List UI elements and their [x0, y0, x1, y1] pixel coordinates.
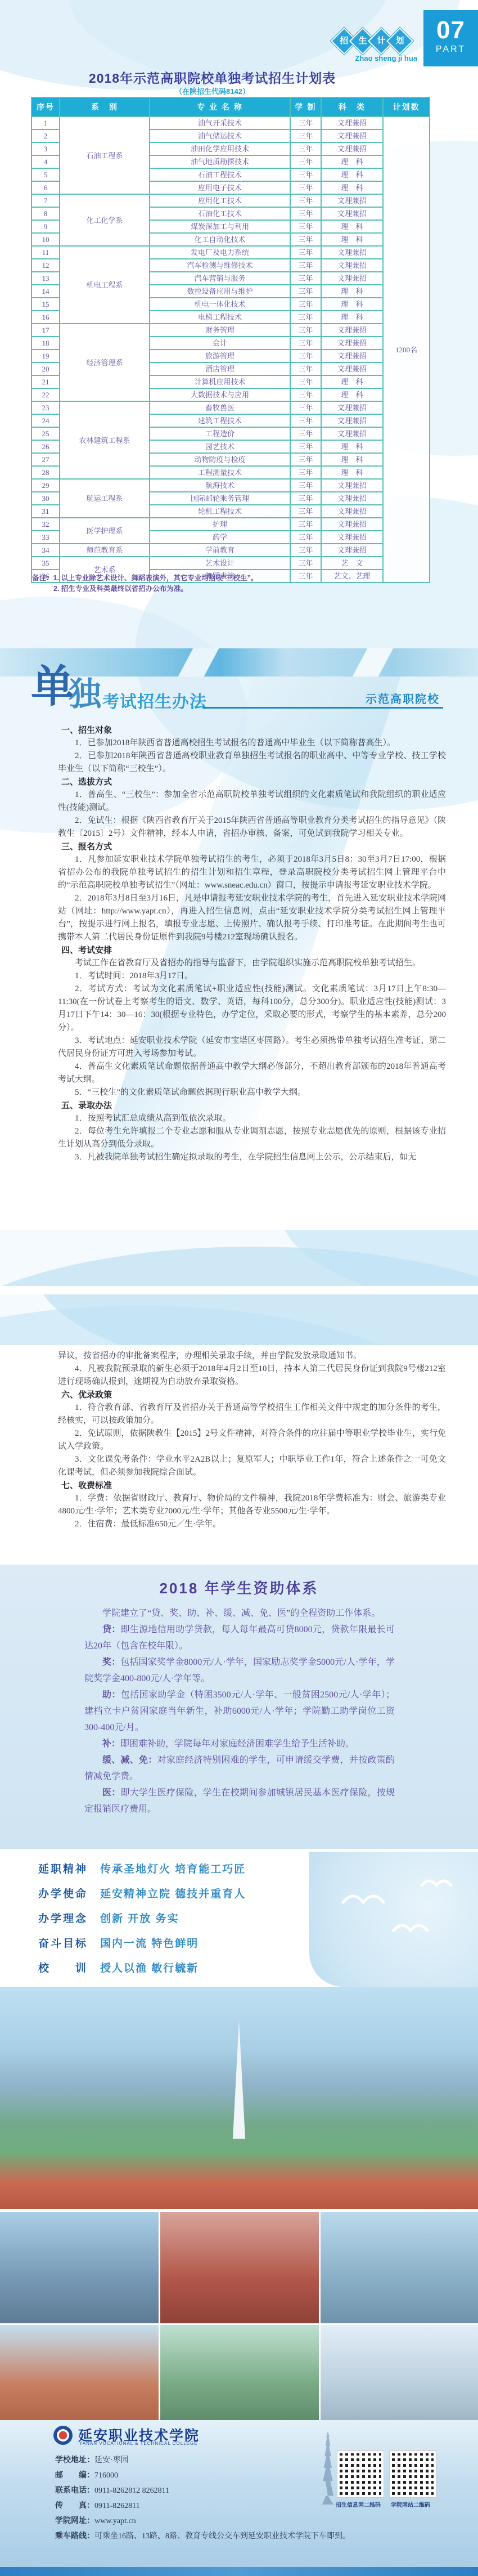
table-cell: 油气地质勘探技术 — [150, 155, 290, 168]
bottom-blue-strip — [0, 2567, 478, 2576]
table-cell: 文理兼招 — [321, 531, 383, 544]
table-cell: 8 — [31, 207, 60, 220]
qr-label: 招生信息网二维码 — [335, 2500, 381, 2508]
table-header-row: 序号系 别专 业 名 称学 制科 类计划数 — [31, 97, 430, 117]
table-cell: 19 — [31, 350, 60, 362]
table-cell: 15 — [31, 298, 60, 311]
table-cell: 文理兼招 — [321, 272, 383, 285]
dove-icon — [394, 1925, 427, 1930]
brochure-page: 07 PART 招生计划 Zhao sheng ji hua 2018年示范高职… — [0, 0, 478, 2576]
plan-table-body: 1石油工程系油气开采技术三年文理兼招1200名2油气储运技术三年文理兼招3油田化… — [31, 117, 430, 583]
table-cell: 三年 — [290, 479, 321, 492]
table-cell: 油气储运技术 — [150, 129, 290, 142]
motto-label: 办学理念 — [38, 1907, 100, 1932]
table-cell: 4 — [31, 155, 60, 168]
campus-photo — [160, 2212, 319, 2323]
table-cell: 文理兼招 — [321, 246, 383, 259]
table-cell: 三年 — [290, 259, 321, 272]
table-cell: 18 — [31, 337, 60, 350]
table-cell: 三年 — [290, 272, 321, 285]
table-cell: 理 科 — [321, 181, 383, 194]
table-cell: 石油工程技术 — [150, 168, 290, 181]
table-cell: 三年 — [290, 155, 321, 168]
aid-paragraph: 医：即大学生医疗保险，学生在校期间参加城镇居民基本医疗保险，按规定报销医疗费用。 — [84, 1785, 395, 1817]
table-cell: 三年 — [290, 401, 321, 414]
table-cell: 7 — [31, 194, 60, 207]
table-cell: 三年 — [290, 311, 321, 324]
table-cell: 25 — [31, 427, 60, 440]
campus-photo — [0, 2212, 159, 2323]
aid-paragraph: 贷：即生源地信用助学贷款，每人每年最高可贷8000元，贷款年限最长可达20年（包… — [84, 1621, 395, 1654]
motto-label: 奋斗目标 — [38, 1932, 100, 1956]
paragraph: 3．考试地点：延安职业技术学院（延安市宝塔区枣园路）。考生必须携带单独考试招生准… — [58, 1034, 446, 1060]
campus-tower-sculpture — [233, 2021, 245, 2139]
paragraph: 3．凡被我院单独考试招生确定拟录取的考生，在学院招生信息网上公示，公示结束后，如… — [58, 1151, 446, 1164]
page-break-wave — [0, 1230, 478, 1286]
aid-paragraph: 补：即困难补助，学院每年对家庭经济困难学生给予生活补助。 — [84, 1736, 395, 1752]
aid-paragraph: 奖：包括国家奖学金8000元/人·学年，国家励志奖学金5000元/人·学年，学院… — [84, 1654, 395, 1687]
table-cell: 三年 — [290, 350, 321, 362]
paragraph: 2．住宿费：最低标准650元／生·学年。 — [58, 1518, 446, 1531]
table-cell: 17 — [31, 324, 60, 337]
table-cell: 24 — [31, 414, 60, 427]
table-cell: 汽车营销与服务 — [150, 272, 290, 285]
table-cell: 应用电子技术 — [150, 181, 290, 194]
table-cell: 三年 — [290, 518, 321, 531]
note-line: 备注：1. 以上专业除艺术设计、舞蹈表演外，其它专业均招收“三校生”。 — [32, 573, 258, 584]
page-break-wave — [0, 1294, 478, 1345]
college-emblem-icon — [53, 2426, 73, 2445]
table-cell: 三年 — [290, 194, 321, 207]
part-number-box: 07 PART — [423, 10, 478, 66]
motto-row: 奋斗目标国内一流 特色鲜明 — [38, 1932, 319, 1956]
student-aid-panel: 2018 年学生资助体系 学院建立了“贷、奖、助、补、缓、减、免、医”的全程资助… — [0, 1565, 478, 1849]
table-cell: 34 — [31, 544, 60, 557]
table-cell: 发电厂及电力系统 — [150, 246, 290, 259]
motto-row: 延职精神传承圣地灯火 培育能工巧匠 — [38, 1857, 319, 1882]
table-cell: 31 — [31, 505, 60, 518]
table-cell: 三年 — [290, 544, 321, 557]
table-cell: 9 — [31, 220, 60, 233]
section-title: 四、考试安排 — [58, 944, 446, 957]
table-cell: 三年 — [290, 453, 321, 466]
motto-label: 延职精神 — [38, 1857, 100, 1882]
table-cell: 3 — [31, 142, 60, 155]
campus-aerial-photo — [0, 1987, 478, 2209]
table-cell: 文理兼招 — [321, 350, 383, 362]
table-cell: 理 科 — [321, 298, 383, 311]
table-cell: 三年 — [290, 466, 321, 479]
methods-body-part2: 异议，按省招办的审批备案程序，办理相关录取手续，并由学院发放录取通知书。 4．凡… — [58, 1350, 446, 1531]
table-cell: 三年 — [290, 557, 321, 570]
table-cell: 机电一体化技术 — [150, 298, 290, 311]
table-cell: 三年 — [290, 531, 321, 544]
table-cell: 理 科 — [321, 311, 383, 324]
table-cell: 27 — [31, 453, 60, 466]
table-cell: 建筑工程技术 — [150, 414, 290, 427]
table-cell: 三年 — [290, 324, 321, 337]
table-cell: 计算机应用技术 — [150, 375, 290, 388]
banner-pinyin: Zhao sheng ji hua — [355, 54, 417, 62]
table-cell: 理 科 — [321, 168, 383, 181]
methods-heading-char2: 独 — [69, 678, 101, 711]
table-cell: 艺术设计 — [150, 557, 290, 570]
table-cell: 工程造价 — [150, 427, 290, 440]
table-cell: 汽车检测与维修技术 — [150, 259, 290, 272]
table-cell: 学前教育 — [150, 544, 290, 557]
table-cell: 煤炭深加工与利用 — [150, 220, 290, 233]
methods-heading-right: 示范高职院校 — [366, 690, 440, 706]
table-cell: 文理兼招 — [321, 544, 383, 557]
contact-line: 邮 编：716000 — [55, 2468, 350, 2483]
table-cell: 理 科 — [321, 440, 383, 453]
paragraph: 1．普高生、“三校生”：参加全省示范高职院校单独考试组织的文化素质笔试和我院组织… — [58, 789, 446, 814]
table-cell: 三年 — [290, 440, 321, 453]
part-label: PART — [423, 45, 478, 54]
table-cell: 文理兼招 — [321, 337, 383, 350]
table-cell: 6 — [31, 181, 60, 194]
table-cell: 酒店管理 — [150, 362, 290, 375]
motto-label: 校 训 — [38, 1956, 100, 1981]
table-cell: 艺文、艺理 — [321, 570, 383, 583]
table-cell: 文理兼招 — [321, 518, 383, 531]
table-row: 35艺术系艺术设计三年艺 文 — [31, 557, 430, 570]
table-cell: 三年 — [290, 246, 321, 259]
column-header: 序号 — [31, 97, 60, 117]
table-cell: 33 — [31, 531, 60, 544]
table-cell: 5 — [31, 168, 60, 181]
table-cell: 文理兼招 — [321, 362, 383, 375]
table-cell: 轮机工程技术 — [150, 505, 290, 518]
table-cell: 三年 — [290, 181, 321, 194]
plan-table-subtitle: （在陕招生代码8142） — [0, 86, 425, 96]
table-cell: 文理兼招 — [321, 207, 383, 220]
paragraph: 4．凡被我院预录取的新生必须于2018年4月2日至10日，持本人第二代居民身份证… — [58, 1363, 446, 1388]
table-cell: 财务管理 — [150, 324, 290, 337]
table-row: 23农林建筑工程系畜牧兽医三年文理兼招 — [31, 401, 430, 414]
table-cell: 理 科 — [321, 466, 383, 479]
department-cell: 化工化学系 — [60, 194, 150, 246]
table-cell: 理 科 — [321, 388, 383, 401]
motto-value: 国内一流 特色鲜明 — [100, 1938, 199, 1950]
contact-line: 乘车路线：可乘坐16路、13路、8路、教育专线公交车到延安职业技术学院下车即到。 — [55, 2529, 350, 2544]
paragraph: 1．已参加2018年陕西省普通高校招生考试报名的普通高中毕业生（以下简称普高生）… — [58, 737, 446, 750]
footer: 延安职业技术学院 YANAN VOCATIONAL & TECHNICAL CO… — [0, 2420, 478, 2568]
motto-value: 延安精神立院 德技并重育人 — [100, 1888, 246, 1900]
table-cell: 文理兼招 — [321, 414, 383, 427]
campus-photo — [321, 2212, 478, 2323]
paragraph: 2．免试生：根据《陕西省教育厅关于2015年陕西省普通高等职业教育分类考试招生的… — [58, 814, 446, 840]
department-cell: 航运工程系 — [60, 479, 150, 518]
table-cell: 三年 — [290, 388, 321, 401]
paragraph: 2．每位考生允许填报二个专业志愿和服从专业调剂志愿，按照专业志愿优先的原则，根据… — [58, 1125, 446, 1151]
section-title: 七、收费标准 — [58, 1479, 446, 1492]
table-row: 32医学护理系护理三年文理兼招 — [31, 518, 430, 531]
table-row: 7化工化学系应用化工技术三年文理兼招 — [31, 194, 430, 207]
paragraph: 2．已参加2018年陕西省普通高校职业教育单独招生考试报名的职业高中、中等专业学… — [58, 750, 446, 776]
paragraph: 1．考试时间：2018年3月17日。 — [58, 970, 446, 983]
table-cell: 园艺技术 — [150, 440, 290, 453]
table-cell: 艺 文 — [321, 557, 383, 570]
table-cell: 三年 — [290, 168, 321, 181]
table-row: 34师范教育系学前教育三年文理兼招 — [31, 544, 430, 557]
motto-box: 延职精神传承圣地灯火 培育能工巧匠办学使命延安精神立院 德技并重育人办学理念创新… — [38, 1857, 319, 1981]
table-cell: 文理兼招 — [321, 479, 383, 492]
enrollment-plan-table: 序号系 别专 业 名 称学 制科 类计划数 1石油工程系油气开采技术三年文理兼招… — [31, 97, 430, 583]
table-cell: 26 — [31, 440, 60, 453]
methods-part2-sections: 4．凡被我院预录取的新生必须于2018年4月2日至10日，持本人第二代居民身份证… — [58, 1363, 446, 1531]
table-cell: 三年 — [290, 142, 321, 155]
part-number: 07 — [423, 16, 478, 45]
paragraph: 1．学费：依据省财政厅、教育厅、物价局的文件精神，我院2018年学费标准为：财会… — [58, 1492, 446, 1518]
column-header: 科 类 — [321, 97, 383, 117]
table-cell: 13 — [31, 272, 60, 285]
department-cell: 师范教育系 — [60, 544, 150, 557]
table-cell: 文理兼招 — [321, 401, 383, 414]
paragraph: 2．考试方式：考试为文化素质笔试+职业适应性(技能)测试。文化素质笔试：3月17… — [58, 983, 446, 1034]
dove-icon — [343, 1896, 384, 1902]
table-cell: 28 — [31, 466, 60, 479]
section-title: 六、优录政策 — [58, 1388, 446, 1401]
banner-title-diamonds: 招生计划 — [335, 29, 419, 55]
table-cell: 理 科 — [321, 375, 383, 388]
table-cell: 药学 — [150, 531, 290, 544]
table-cell: 文理兼招 — [321, 492, 383, 505]
table-cell: 三年 — [290, 362, 321, 375]
table-cell: 文理兼招 — [321, 117, 383, 129]
table-cell: 文理兼招 — [321, 427, 383, 440]
table-cell: 三年 — [290, 117, 321, 129]
paragraph: 2．免试原则，依据陕教生【2015】2号文件精神，对符合条件的应往届中等职业学校… — [58, 1427, 446, 1453]
table-cell: 三年 — [290, 414, 321, 427]
table-cell: 文理兼招 — [321, 142, 383, 155]
table-notes: 备注：1. 以上专业除艺术设计、舞蹈表演外，其它专业均招收“三校生”。 2. 招… — [32, 573, 258, 594]
section-title: 五、录取办法 — [58, 1099, 446, 1112]
paragraph: 5．“三校生”的文化素质笔试命题依据现行职业高中教学大纲。 — [58, 1086, 446, 1099]
methods-heading-rest: 考试招生办法 — [102, 688, 207, 713]
section-title: 二、选拔方式 — [58, 776, 446, 789]
table-cell: 工程测量技术 — [150, 466, 290, 479]
column-header: 系 别 — [60, 97, 150, 117]
paragraph: 1．符合教育部、省教育厅及省招办关于普通高等学校招生工作相关文件中规定的加分条件… — [58, 1401, 446, 1427]
table-cell: 35 — [31, 557, 60, 570]
motto-value: 授人以渔 敏行毓新 — [100, 1963, 199, 1974]
table-cell: 油气开采技术 — [150, 117, 290, 129]
table-cell: 14 — [31, 285, 60, 298]
paragraph: 3．文化课免考条件：学业水平2A2B以上；复原军人；中职毕业工作1年，符合上述条… — [58, 1453, 446, 1479]
table-row: 17经济管理系财务管理三年文理兼招 — [31, 324, 430, 337]
table-cell: 文理兼招 — [321, 129, 383, 142]
doves-photo — [309, 1852, 478, 1987]
table-cell: 三年 — [290, 129, 321, 142]
note-line: 2. 招生专业及科类最终以省招办公布为准。 — [32, 584, 258, 594]
paragraph: 1．凡参加延安职业技术学院单独考试招生的考生，必须于2018年3月5日8：30至… — [58, 853, 446, 892]
motto-row: 办学使命延安精神立院 德技并重育人 — [38, 1882, 319, 1907]
table-cell: 电梯工程技术 — [150, 311, 290, 324]
dove-icon — [422, 1881, 451, 1885]
table-cell: 理 科 — [321, 285, 383, 298]
table-cell: 理 科 — [321, 233, 383, 246]
table-row: 29航运工程系航海技术三年文理兼招 — [31, 479, 430, 492]
table-row: 11机电工程系发电厂及电力系统三年文理兼招 — [31, 246, 430, 259]
college-name-en: YANAN VOCATIONAL & TECHNICAL COLLEGE — [79, 2441, 198, 2446]
department-cell: 医学护理系 — [60, 518, 150, 544]
contact-line: 学校地址：延安·枣园 — [55, 2453, 350, 2468]
department-cell: 机电工程系 — [60, 246, 150, 324]
table-cell: 文理兼招 — [321, 259, 383, 272]
department-cell: 石油工程系 — [60, 117, 150, 194]
column-header: 专 业 名 称 — [150, 97, 290, 117]
contact-info: 学校地址：延安·枣园邮 编：716000联系电话：0911-8262812 82… — [55, 2453, 350, 2544]
heading-underline — [202, 707, 443, 709]
table-cell: 11 — [31, 246, 60, 259]
table-cell: 32 — [31, 518, 60, 531]
table-cell: 油田化学应用技术 — [150, 142, 290, 155]
table-cell: 旅游管理 — [150, 350, 290, 362]
table-cell: 三年 — [290, 233, 321, 246]
aid-paragraph: 缓、减、免：对家庭经济特别困难的学生，可申请缓交学费，并按政策酌情减免学费。 — [84, 1752, 395, 1785]
qr-label: 学院网站二维码 — [387, 2500, 434, 2508]
table-cell: 1 — [31, 117, 60, 129]
paragraph: 考试工作在省教育厅及省招办的指导与监督下，由学院组织实施示范高职院校单独考试招生… — [58, 957, 446, 970]
table-cell: 动物防疫与检疫 — [150, 453, 290, 466]
table-cell: 三年 — [290, 220, 321, 233]
motto-row: 校 训授人以渔 敏行毓新 — [38, 1956, 319, 1981]
department-cell: 经济管理系 — [60, 324, 150, 401]
table-cell: 21 — [31, 375, 60, 388]
table-cell: 20 — [31, 362, 60, 375]
table-cell: 三年 — [290, 285, 321, 298]
table-cell: 2 — [31, 129, 60, 142]
table-cell: 23 — [31, 401, 60, 414]
contact-line: 传 真：0911-8262811 — [55, 2498, 350, 2514]
table-cell: 文理兼招 — [321, 194, 383, 207]
qr-code-admissions — [337, 2451, 384, 2497]
plan-table-title: 2018年示范高职院校单独考试招生计划表 — [0, 68, 425, 87]
table-cell: 应用化工技术 — [150, 194, 290, 207]
section-title: 三、报名方式 — [58, 840, 446, 853]
table-cell: 护理 — [150, 518, 290, 531]
paragraph: 2．2018年3月8日至3月16日，凡是申请报考延安职业技术学院的考生，首先进入… — [58, 892, 446, 944]
table-cell: 大数据技术与应用 — [150, 388, 290, 401]
paragraph: 1．按照考试汇总成绩从高到低依次录取。 — [58, 1112, 446, 1125]
table-cell: 29 — [31, 479, 60, 492]
table-cell: 三年 — [290, 427, 321, 440]
table-row: 1石油工程系油气开采技术三年文理兼招1200名 — [31, 117, 430, 129]
motto-row: 办学理念创新 开放 务实 — [38, 1907, 319, 1932]
motto-label: 办学使命 — [38, 1882, 100, 1907]
continuation-paragraph: 异议，按省招办的审批备案程序，办理相关录取手续，并由学院发放录取通知书。 — [58, 1350, 446, 1363]
table-cell: 会计 — [150, 337, 290, 350]
contact-line: 学院网址：www.yapt.cn — [55, 2514, 350, 2529]
section-title: 一、招生对象 — [58, 724, 446, 737]
column-header: 学 制 — [290, 97, 321, 117]
aid-title: 2018 年学生资助体系 — [0, 1577, 478, 1598]
table-cell: 30 — [31, 492, 60, 505]
motto-value: 传承圣地灯火 培育能工巧匠 — [100, 1863, 246, 1875]
motto-value: 创新 开放 务实 — [100, 1913, 179, 1925]
table-cell: 文理兼招 — [321, 505, 383, 518]
column-header: 计划数 — [383, 97, 430, 117]
table-cell: 理 科 — [321, 155, 383, 168]
aid-body: 学院建立了“贷、奖、助、补、缓、减、免、医”的全程资助工作体系。贷：即生源地信用… — [84, 1605, 395, 1817]
table-cell: 国际邮轮乘务管理 — [150, 492, 290, 505]
aid-paragraph: 助：包括国家助学金（特困3500元/人·学年、一般贫困2500元/人·学年）；建… — [84, 1687, 395, 1736]
contact-line: 联系电话：0911-8262812 8262811 — [55, 2483, 350, 2498]
table-cell: 三年 — [290, 298, 321, 311]
table-cell: 三年 — [290, 207, 321, 220]
qr-code-website — [390, 2451, 436, 2497]
table-cell: 畜牧兽医 — [150, 401, 290, 414]
aid-paragraph: 学院建立了“贷、奖、助、补、缓、减、免、医”的全程资助工作体系。 — [84, 1605, 395, 1621]
table-cell: 三年 — [290, 337, 321, 350]
table-cell: 16 — [31, 311, 60, 324]
table-cell: 三年 — [290, 375, 321, 388]
table-cell: 三年 — [290, 492, 321, 505]
plan-total-cell: 1200名 — [383, 117, 430, 583]
table-cell: 文理兼招 — [321, 324, 383, 337]
table-cell: 化工自动化技术 — [150, 233, 290, 246]
table-cell: 石油化工技术 — [150, 207, 290, 220]
table-cell: 10 — [31, 233, 60, 246]
department-cell: 农林建筑工程系 — [60, 401, 150, 479]
table-cell: 12 — [31, 259, 60, 272]
banner-title-diamond: 划 — [386, 28, 413, 55]
table-cell: 22 — [31, 388, 60, 401]
methods-body-part1: 一、招生对象1．已参加2018年陕西省普通高校招生考试报名的普通高中毕业生（以下… — [58, 724, 446, 1164]
table-cell: 三年 — [290, 570, 321, 583]
table-cell: 数控设备应用与维护 — [150, 285, 290, 298]
table-cell: 三年 — [290, 505, 321, 518]
table-cell: 理 科 — [321, 453, 383, 466]
table-cell: 航海技术 — [150, 479, 290, 492]
paragraph: 4．普高生文化素质笔试命题依据普通高中教学大纲必修部分，不超出教育部颁布的201… — [58, 1060, 446, 1086]
table-cell: 理 科 — [321, 220, 383, 233]
